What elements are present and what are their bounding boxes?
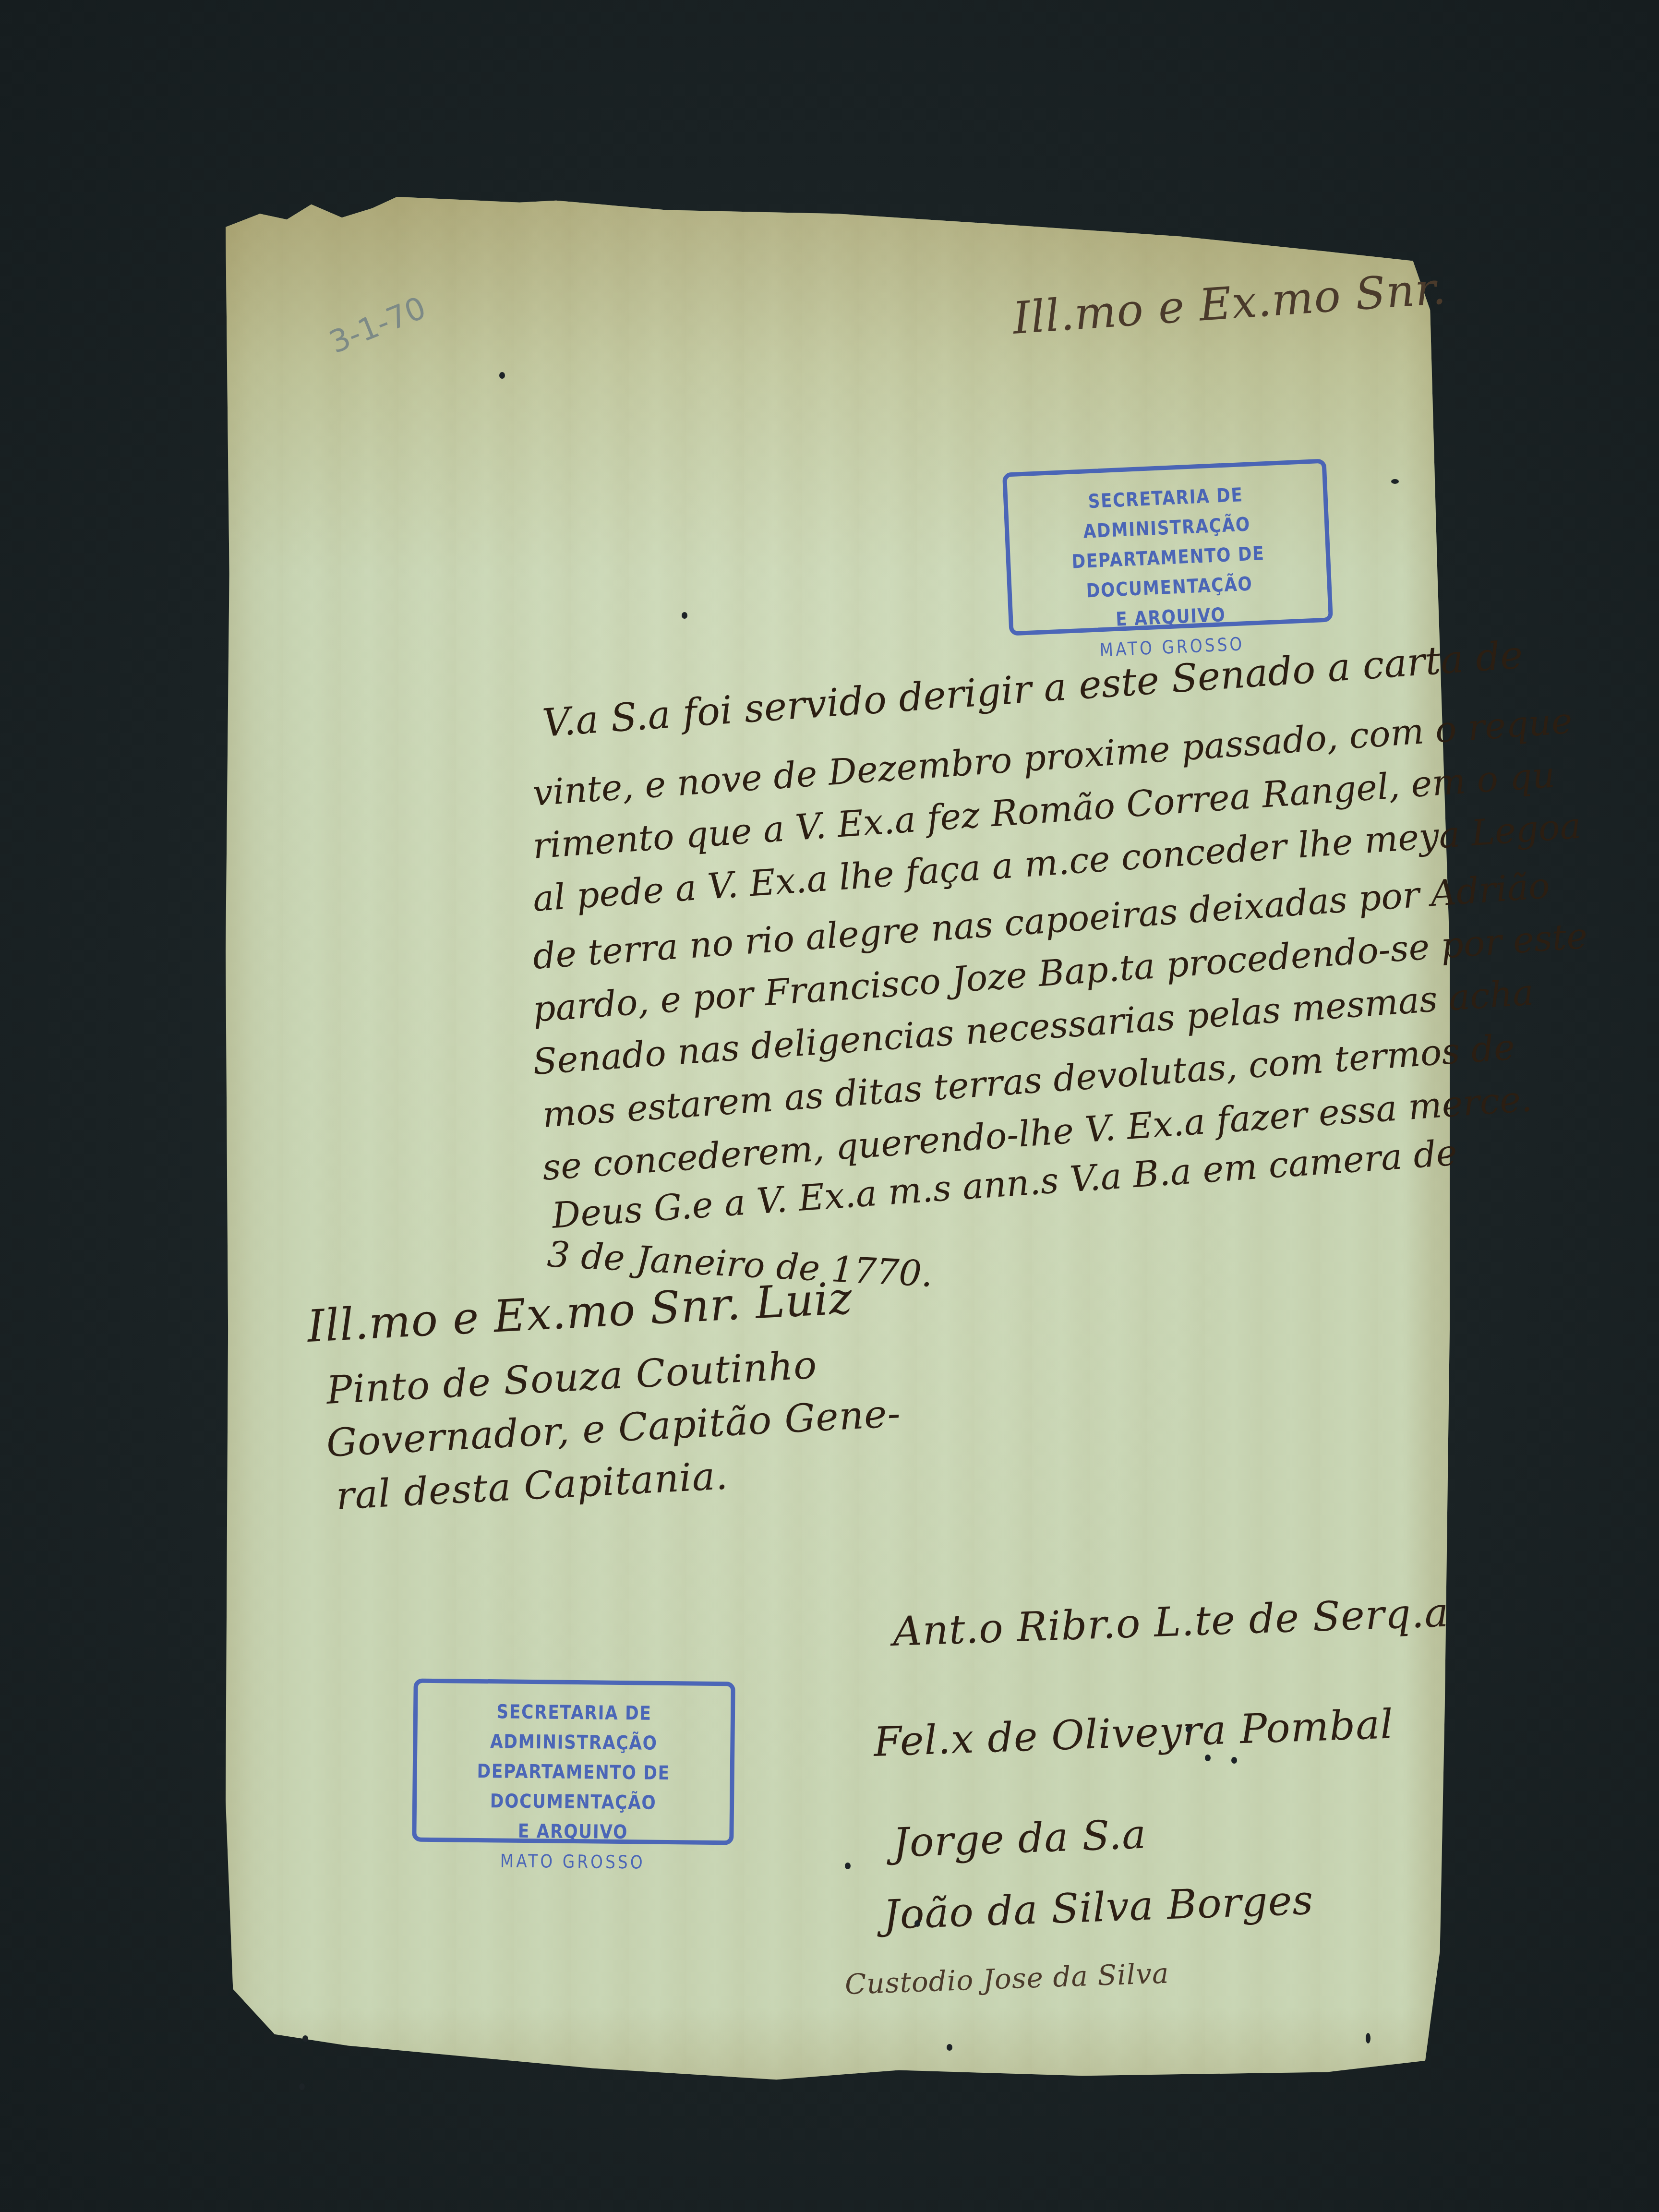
paper-hole [299, 2083, 305, 2090]
archive-stamp-top: SECRETARIA DE ADMINISTRAÇÃO DEPARTAMENTO… [1002, 458, 1333, 636]
paper-hole [499, 372, 505, 379]
paper-hole [845, 1863, 851, 1869]
archive-stamp-bottom: SECRETARIA DE ADMINISTRAÇÃO DEPARTAMENTO… [412, 1679, 735, 1845]
stamp-line: SECRETARIA DE ADMINISTRAÇÃO [1038, 478, 1295, 549]
signature: Jorge da S.a [892, 1811, 1147, 1866]
stamp-line: DEPARTAMENTO DE DOCUMENTAÇÃO [1040, 537, 1298, 608]
stamp-line: SECRETARIA DE ADMINISTRAÇÃO [447, 1696, 701, 1759]
paper-hole [1391, 479, 1399, 484]
stamp-line: E ARQUIVO [446, 1815, 699, 1848]
paper-hole [1186, 1726, 1191, 1732]
paper-hole [682, 612, 687, 619]
paper-hole [1366, 2033, 1370, 2044]
paper-hole [302, 2035, 308, 2042]
paper-hole [1231, 1757, 1237, 1764]
paper-hole [947, 2044, 952, 2051]
paper-hole [1205, 1755, 1211, 1761]
paper-hole [914, 1920, 920, 1927]
stamp-line: DEPARTAMENTO DE DOCUMENTAÇÃO [447, 1756, 700, 1818]
stamp-line: MATO GROSSO [446, 1845, 699, 1878]
